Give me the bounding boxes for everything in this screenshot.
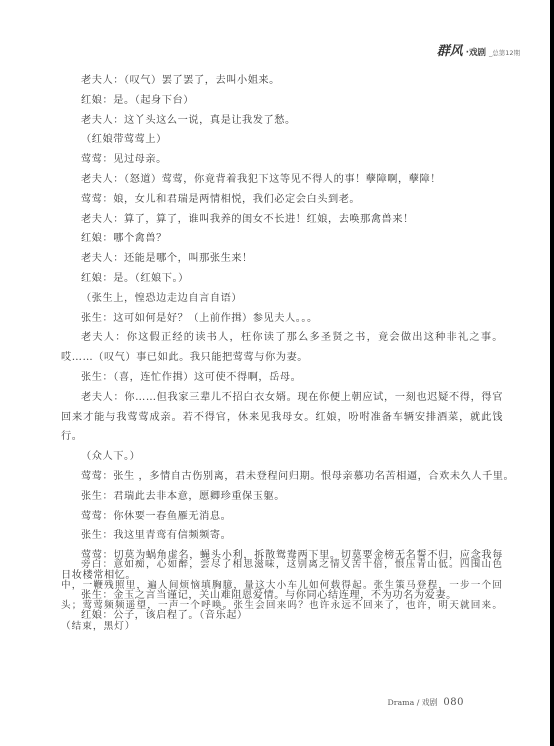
script-line: 红娘：哪个禽兽？ xyxy=(61,229,503,249)
script-line: 老夫人：算了，算了，谁叫我养的闺女不长进！红娘，去唤那禽兽来！ xyxy=(61,210,503,230)
stage-direction: （红娘带莺莺上） xyxy=(61,130,503,150)
script-paragraph: 老夫人：你这假正经的读书人，枉你读了那么多圣贤之书，竟会做出这种非礼之事。哎……… xyxy=(61,328,503,368)
script-line: 老夫人：这丫头这么一说，真是让我发了愁。 xyxy=(61,111,503,131)
script-line: 老夫人：（叹气）罢了罢了，去叫小姐来。 xyxy=(61,71,503,91)
script-line: 莺莺：娘，女儿和君瑞是两情相悦，我们必定会白头到老。 xyxy=(61,190,503,210)
narration-paragraph: 旁白：意如痴，心如醉，尝尽了相思滋味，这别离之情又苦十倍，恨压青山低。四围山色中… xyxy=(61,555,503,637)
document-page: 群风 ·戏剧 _总第12期 老夫人：（叹气）罢了罢了，去叫小姐来。 红娘：是。（… xyxy=(0,0,550,746)
page-edge-border xyxy=(550,0,554,746)
magazine-logo: 群风 xyxy=(437,40,463,59)
script-line: 张生：君瑞此去非本意，愿卿珍重保玉躯。 xyxy=(61,487,503,507)
script-line: 莺莺：见过母亲。 xyxy=(61,150,503,170)
script-line: 莺莺：你休要一春鱼雁无消息。 xyxy=(61,507,503,527)
script-line: 红娘：是。（起身下台） xyxy=(61,91,503,111)
script-line: 老夫人：（怒道）莺莺，你竟背着我犯下这等见不得人的事！孽障啊，孽障！ xyxy=(61,170,503,190)
script-line: 张生：这可如何是好？（上前作揖）参见夫人。。。 xyxy=(61,309,503,329)
script-body: 老夫人：（叹气）罢了罢了，去叫小姐来。 红娘：是。（起身下台） 老夫人：这丫头这… xyxy=(61,71,503,625)
script-line: 红娘：是。（红娘下。） xyxy=(61,269,503,289)
script-paragraph: 老夫人：你……但我家三辈儿不招白衣女婿。现在你便上朝应试，一刻也迟疑不得，得官回… xyxy=(61,388,503,447)
running-footer: Drama / 戏剧 080 xyxy=(388,697,464,708)
stage-direction: （众人下。） xyxy=(61,447,503,467)
script-line: 张生：（喜，连忙作揖）这可使不得啊，岳母。 xyxy=(61,368,503,388)
script-line: 老夫人：还能是哪个，叫那张生来！ xyxy=(61,249,503,269)
stage-direction: （张生上，惶恐边走边自言自语） xyxy=(61,289,503,309)
footer-section-label: Drama / 戏剧 xyxy=(388,697,438,708)
running-header: 群风 ·戏剧 _总第12期 xyxy=(437,40,520,59)
script-line: 张生：我这里青鸾有信频频寄。 xyxy=(61,526,503,546)
section-label: ·戏剧 xyxy=(466,46,486,58)
issue-number: _总第12期 xyxy=(489,48,520,57)
script-line: 莺莺：张生 ，多情自古伤别离，君未登程问归期。恨母亲慕功名苦相逼，合欢未久人千里… xyxy=(61,467,503,487)
page-number: 080 xyxy=(443,697,464,708)
